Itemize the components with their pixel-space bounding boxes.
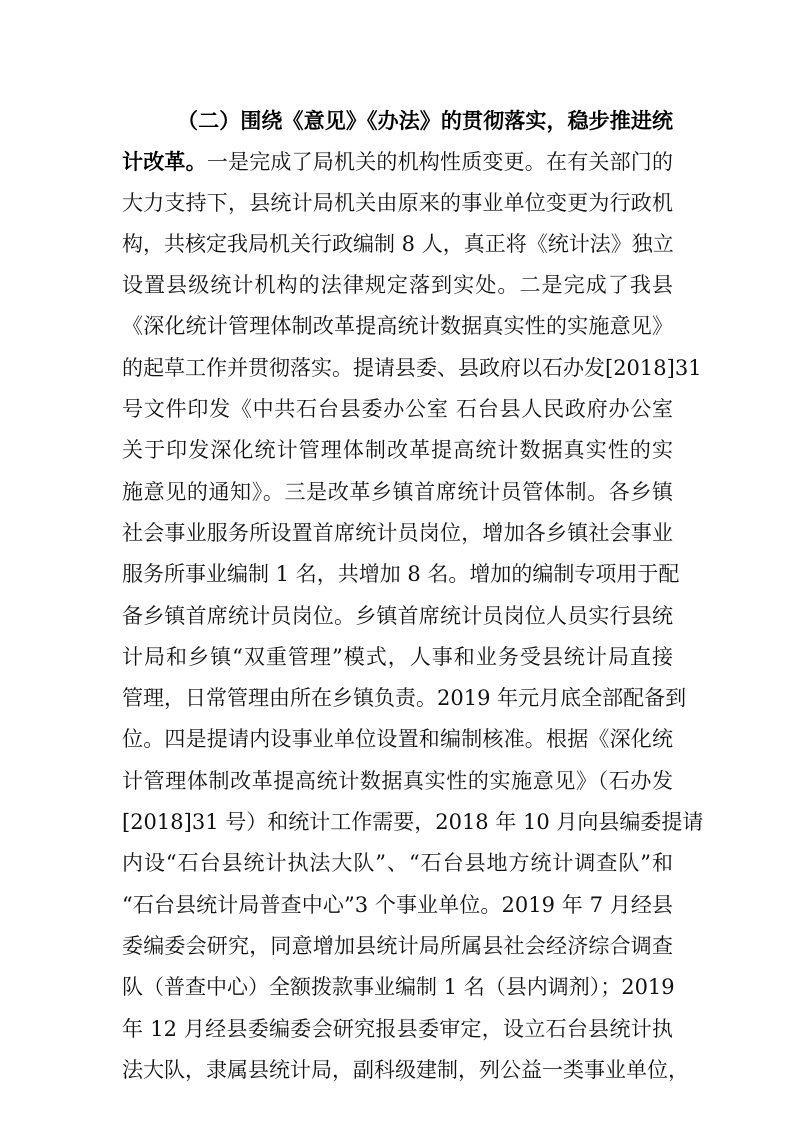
text-line: 的起草工作并贯彻落实。提请县委、县政府以石办发[2018]31 — [122, 348, 673, 389]
text-line: 内设“石台县统计执法大队”、“石台县地方统计调查队”和 — [122, 843, 673, 884]
text-line: 年 12 月经县委编委会研究报县委审定，设立石台县统计执 — [122, 1009, 673, 1050]
text-line: 备乡镇首席统计员岗位。乡镇首席统计员岗位人员实行县统 — [122, 596, 673, 637]
text-line: 法大队，隶属县统计局，副科级建制，列公益一类事业单位， — [122, 1050, 673, 1091]
text-line: 社会事业服务所设置首席统计员岗位，增加各乡镇社会事业 — [122, 513, 673, 554]
text-line: 施意见的通知》。三是改革乡镇首席统计员管体制。各乡镇 — [122, 472, 673, 513]
text-line: （二）围绕《意见》《办法》的贯彻落实，稳步推进统 — [122, 100, 673, 141]
text-line: 管理，日常管理由所在乡镇负责。2019 年元月底全部配备到 — [122, 678, 673, 719]
text-line: 大力支持下，县统计局机关由原来的事业单位变更为行政机 — [122, 183, 673, 224]
text-line: [2018]31 号）和统计工作需要，2018 年 10 月向县编委提请 — [122, 802, 673, 843]
text-line: 服务所事业编制 1 名，共增加 8 名。增加的编制专项用于配 — [122, 554, 673, 595]
section-heading-end: 计改革。 — [122, 149, 207, 174]
text-line: 构，共核定我局机关行政编制 8 人，真正将《统计法》独立 — [122, 224, 673, 265]
text-line: 设置县级统计机构的法律规定落到实处。二是完成了我县 — [122, 265, 673, 306]
section-heading: （二）围绕《意见》《办法》的贯彻落实，稳步推进统 — [177, 108, 673, 133]
text-line: 委编委会研究，同意增加县统计局所属县社会经济综合调查 — [122, 926, 673, 967]
document-page: （二）围绕《意见》《办法》的贯彻落实，稳步推进统 计改革。一是完成了局机关的机构… — [0, 0, 793, 1122]
text-line: 计局和乡镇“双重管理”模式，人事和业务受县统计局直接 — [122, 637, 673, 678]
text-line: 位。四是提请内设事业单位设置和编制核准。根据《深化统 — [122, 719, 673, 760]
text-line: 关于印发深化统计管理体制改革提高统计数据真实性的实 — [122, 430, 673, 471]
text-line: “石台县统计局普查中心”3 个事业单位。2019 年 7 月经县 — [122, 885, 673, 926]
text-line: 计管理体制改革提高统计数据真实性的实施意见》（石办发 — [122, 761, 673, 802]
text-line: 队（普查中心）全额拨款事业编制 1 名（县内调剂）；2019 — [122, 967, 673, 1008]
text-line: 计改革。一是完成了局机关的机构性质变更。在有关部门的 — [122, 141, 673, 182]
paragraph-statistics-reform: （二）围绕《意见》《办法》的贯彻落实，稳步推进统 计改革。一是完成了局机关的机构… — [122, 100, 673, 1091]
body-text: 一是完成了局机关的机构性质变更。在有关部门的 — [207, 150, 673, 174]
text-line: 《深化统计管理体制改革提高统计数据真实性的实施意见》 — [122, 306, 673, 347]
text-line: 号文件印发《中共石台县委办公室 石台县人民政府办公室 — [122, 389, 673, 430]
